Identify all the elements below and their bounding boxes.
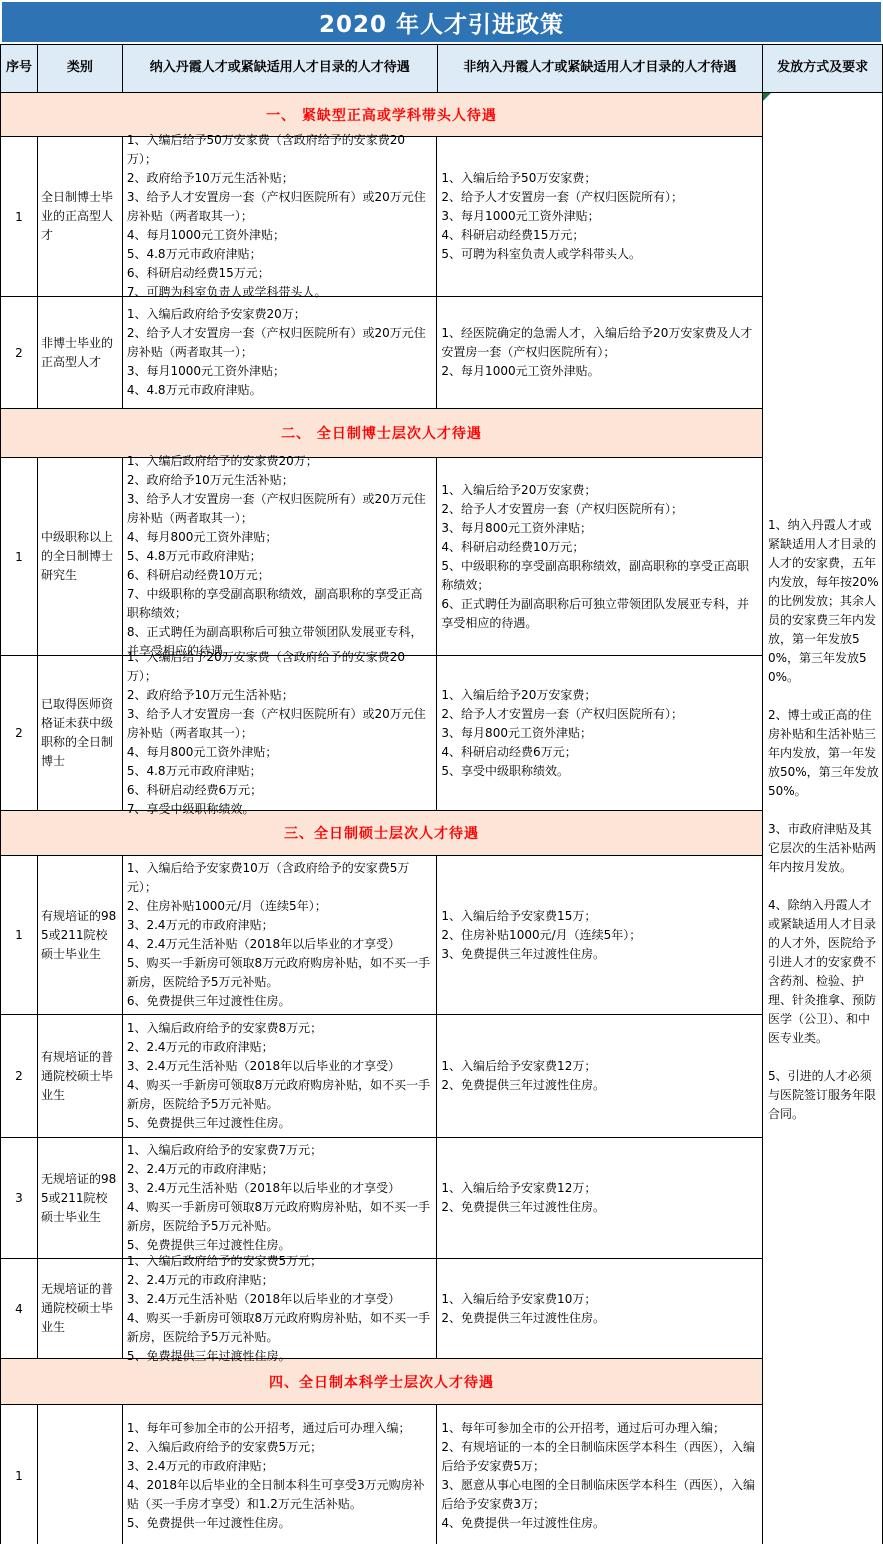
cell-unlisted-benefits: 1、入编后给予安家费15万； 2、住房补贴1000元/月（连续5年）； 3、免费… — [437, 856, 763, 1015]
cell-category: 已取得医师资格证未获中级职称的全日制博士 — [38, 656, 123, 811]
cell-seq: 2 — [1, 656, 38, 811]
cell-category: 有规培证的985或211院校硕士毕业生 — [38, 856, 123, 1015]
col-header-listed: 纳入丹霞人才或紧缺适用人才目录的人才待遇 — [123, 45, 438, 93]
cell-unlisted-benefits: 1、入编后给予安家费12万； 2、免费提供三年过渡性住房。 — [437, 1138, 763, 1259]
table-row: 4 无规培证的普通院校硕士毕业生 1、入编后政府给予的安家费5万元； 2、2.4… — [1, 1259, 763, 1359]
cell-category: 无规培证的985或211院校硕士毕业生 — [38, 1138, 123, 1259]
section-header-4: 四、全日制本科学士层次人才待遇 — [1, 1359, 763, 1405]
cell-listed-benefits: 1、入编后政府给予的安家费5万元； 2、2.4万元的市政府津贴； 3、2.4万元… — [123, 1259, 438, 1359]
cell-seq: 4 — [1, 1259, 38, 1359]
table-row: 1 中级职称以上的全日制博士研究生 1、入编后政府给予的安家费20万； 2、政府… — [1, 458, 763, 656]
cell-category: 中级职称以上的全日制博士研究生 — [38, 458, 123, 656]
cell-listed-benefits: 1、入编后政府给予安家费20万； 2、给予人才安置房一套（产权归医院所有）或20… — [123, 297, 438, 409]
cell-listed-benefits: 1、入编后给予50万安家费（含政府给予的安家费20万）； 2、政府给予10万元生… — [123, 137, 438, 297]
cell-seq: 1 — [1, 458, 38, 656]
table-body: 一、 紧缺型正高或学科带头人待遇 1 全日制博士毕业的正高型人才 1、入编后给予… — [0, 93, 883, 1544]
policy-table-sheet: 2020 年人才引进政策 序号 类别 纳入丹霞人才或紧缺适用人才目录的人才待遇 … — [0, 0, 883, 1544]
cell-listed-benefits: 1、入编后政府给予的安家费8万元； 2、2.4万元的市政府津贴； 3、2.4万元… — [123, 1015, 438, 1138]
cell-seq: 1 — [1, 856, 38, 1015]
cell-unlisted-benefits: 1、入编后给予安家费10万； 2、免费提供三年过渡性住房。 — [437, 1259, 763, 1359]
cell-unlisted-benefits: 1、每年可参加全市的公开招考，通过后可办理入编； 2、有规培证的一本的全日制临床… — [437, 1405, 763, 1544]
notes-text: 1、纳入丹霞人才或紧缺适用人才目录的人才的安家费，五年内发放，每年按20%的比例… — [763, 514, 882, 1126]
cell-listed-benefits: 1、每年可参加全市的公开招考，通过后可办理入编； 2、入编后政府给予的安家费5万… — [123, 1405, 438, 1544]
cell-unlisted-benefits: 1、入编后给予20万安家费； 2、给予人才安置房一套（产权归医院所有）； 3、每… — [437, 458, 763, 656]
column-header-row: 序号 类别 纳入丹霞人才或紧缺适用人才目录的人才待遇 非纳入丹霞人才或紧缺适用人… — [0, 44, 883, 93]
cell-unlisted-benefits: 1、入编后给予50万安家费； 2、给予人才安置房一套（产权归医院所有）； 3、每… — [437, 137, 763, 297]
cell-unlisted-benefits: 1、入编后给予20万安家费； 2、给予人才安置房一套（产权归医院所有）； 3、每… — [437, 656, 763, 811]
cell-seq: 2 — [1, 1015, 38, 1138]
section-header-2: 二、 全日制博士层次人才待遇 — [1, 409, 763, 458]
table-row: 2 有规培证的普通院校硕士毕业生 1、入编后政府给予的安家费8万元； 2、2.4… — [1, 1015, 763, 1138]
table-row: 1 有规培证的985或211院校硕士毕业生 1、入编后给予安家费10万（含政府给… — [1, 856, 763, 1015]
cell-seq: 2 — [1, 297, 38, 409]
notes-merged-cell: 1、纳入丹霞人才或紧缺适用人才目录的人才的安家费，五年内发放，每年按20%的比例… — [763, 93, 883, 1544]
cell-seq: 3 — [1, 1138, 38, 1259]
excel-error-marker-icon — [763, 93, 771, 101]
table-row: 1 1、每年可参加全市的公开招考，通过后可办理入编； 2、入编后政府给予的安家费… — [1, 1405, 763, 1544]
cell-listed-benefits: 1、入编后政府给予的安家费20万； 2、政府给予10万元生活补贴； 3、给予人才… — [123, 458, 438, 656]
cell-category: 无规培证的普通院校硕士毕业生 — [38, 1259, 123, 1359]
cell-listed-benefits: 1、入编后给予安家费10万（含政府给予的安家费5万元）； 2、住房补贴1000元… — [123, 856, 438, 1015]
cell-listed-benefits: 1、入编后政府给予的安家费7万元； 2、2.4万元的市政府津贴； 3、2.4万元… — [123, 1138, 438, 1259]
table-row: 2 已取得医师资格证未获中级职称的全日制博士 1、入编后给予20万安家费（含政府… — [1, 656, 763, 811]
col-header-notes: 发放方式及要求 — [763, 45, 883, 93]
col-header-category: 类别 — [38, 45, 123, 93]
page-title: 2020 年人才引进政策 — [2, 2, 881, 42]
cell-listed-benefits: 1、入编后给予20万安家费（含政府给予的安家费20万）； 2、政府给予10万元生… — [123, 656, 438, 811]
cell-category: 有规培证的普通院校硕士毕业生 — [38, 1015, 123, 1138]
table-left-columns: 一、 紧缺型正高或学科带头人待遇 1 全日制博士毕业的正高型人才 1、入编后给予… — [0, 93, 763, 1544]
col-header-unlisted: 非纳入丹霞人才或紧缺适用人才目录的人才待遇 — [438, 45, 764, 93]
table-row: 1 全日制博士毕业的正高型人才 1、入编后给予50万安家费（含政府给予的安家费2… — [1, 137, 763, 297]
cell-category: 非博士毕业的正高型人才 — [38, 297, 123, 409]
cell-category — [38, 1405, 123, 1544]
table-row: 3 无规培证的985或211院校硕士毕业生 1、入编后政府给予的安家费7万元； … — [1, 1138, 763, 1259]
cell-seq: 1 — [1, 137, 38, 297]
cell-unlisted-benefits: 1、入编后给予安家费12万； 2、免费提供三年过渡性住房。 — [437, 1015, 763, 1138]
cell-seq: 1 — [1, 1405, 38, 1544]
col-header-no: 序号 — [1, 45, 38, 93]
table-row: 2 非博士毕业的正高型人才 1、入编后政府给予安家费20万； 2、给予人才安置房… — [1, 297, 763, 409]
cell-category: 全日制博士毕业的正高型人才 — [38, 137, 123, 297]
cell-unlisted-benefits: 1、经医院确定的急需人才，入编后给予20万安家费及人才安置房一套（产权归医院所有… — [437, 297, 763, 409]
